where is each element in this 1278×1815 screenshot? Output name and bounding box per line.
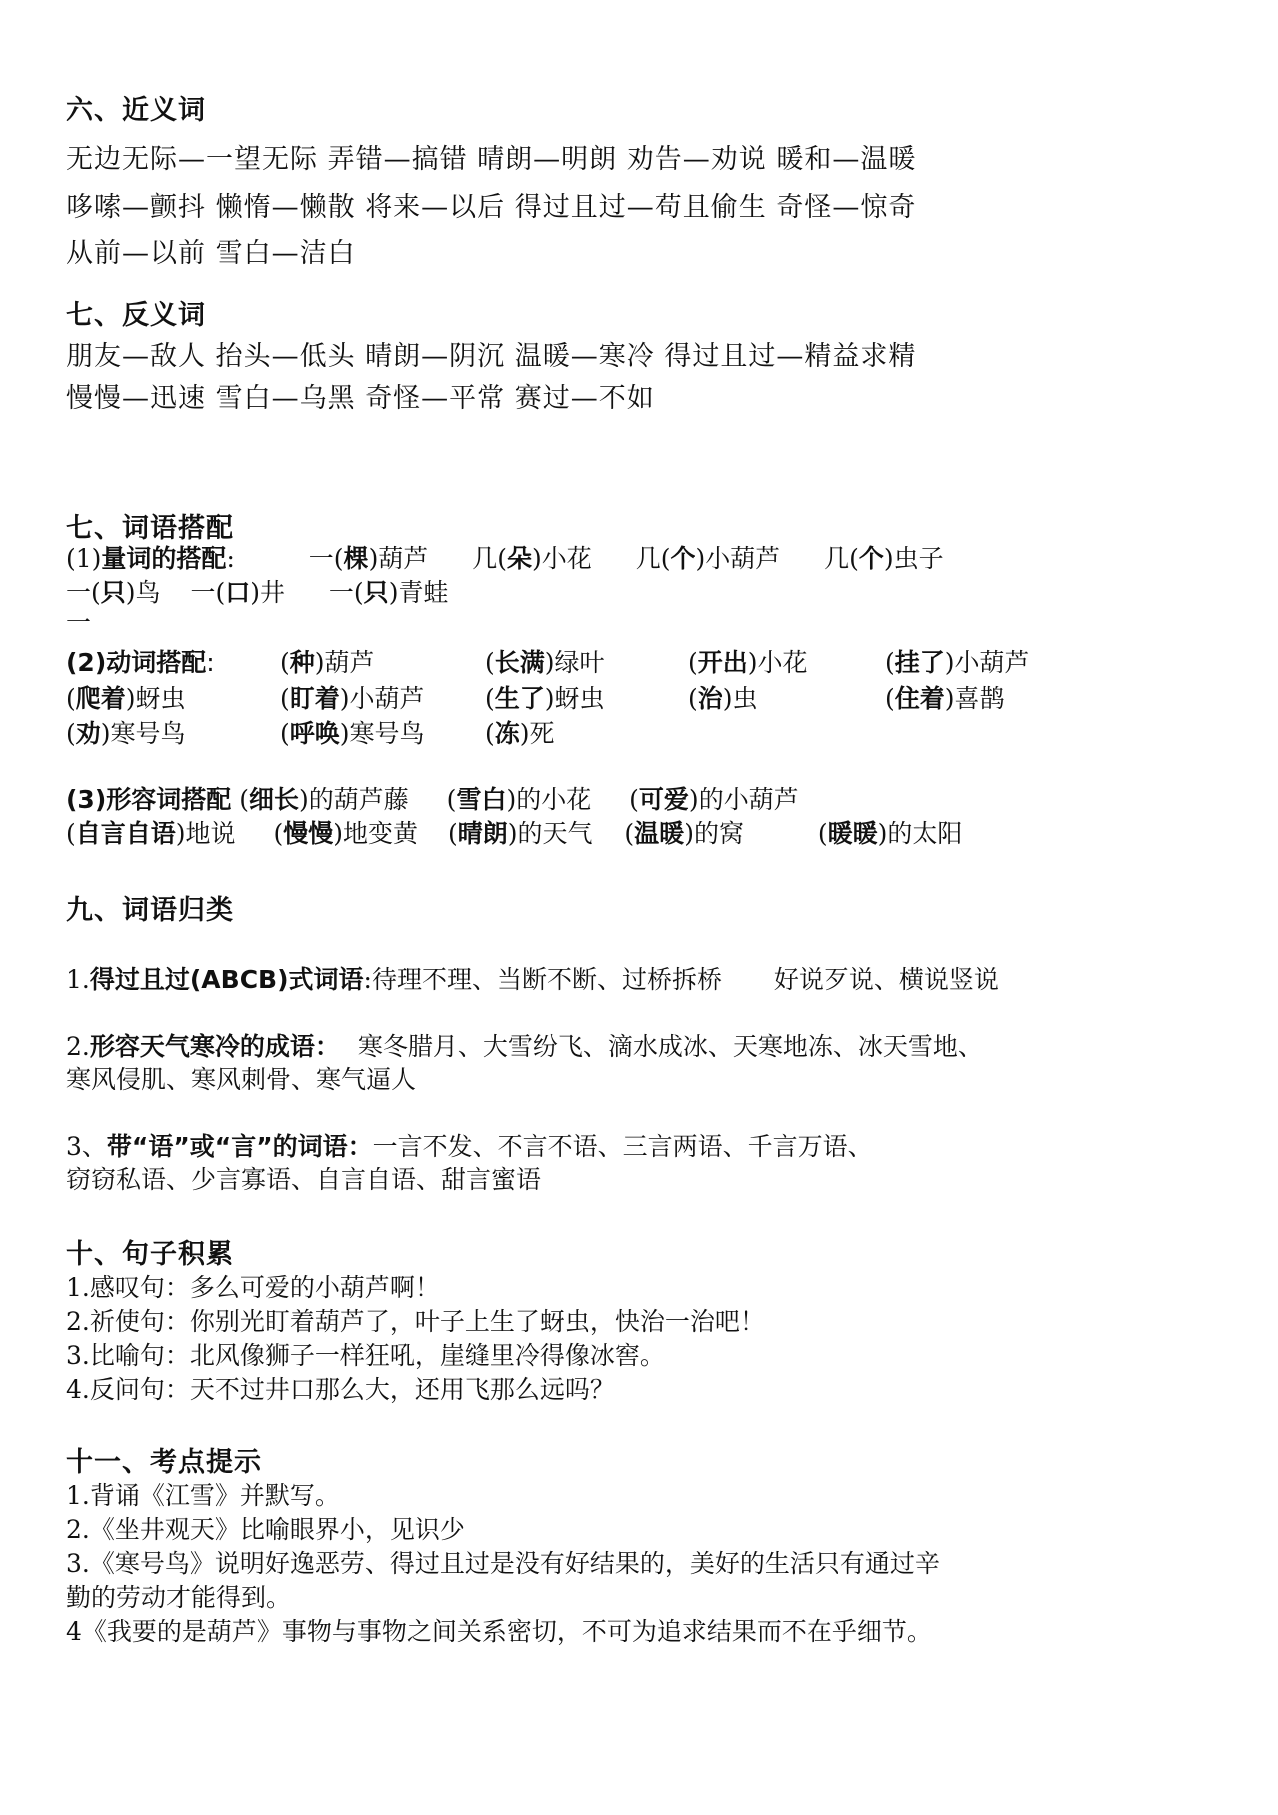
measure-item: 一(口)井 [190, 578, 285, 607]
verb-item: (冻)死 [485, 714, 555, 750]
synonym-pair: 从前—以前 [66, 238, 206, 269]
verb-item: (治)虫 [688, 679, 758, 715]
adjective-item: (自言自语)地说 [66, 819, 236, 848]
heading-tips: 十一、考点提示 [66, 1440, 262, 1479]
measure-colon: : [226, 544, 234, 573]
heading-sentences: 十、句子积累 [66, 1232, 234, 1271]
verb-item: (爬着)蚜虫 [66, 679, 186, 715]
measure-label: 量词的搭配 [101, 544, 226, 573]
synonym-pair: 晴朗—明朗 [477, 144, 617, 175]
document-page: 六、近义词 无边无际—一望无际 弄错—搞错 晴朗—明朗 劝告—劝说 暖和—温暖 … [0, 0, 1278, 1815]
sentence-line: 3.比喻句：北风像狮子一样狂吼，崖缝里冷得像冰窖。 [66, 1336, 665, 1372]
adjective-item: (雪白)的小花 [447, 785, 592, 814]
verb-item: (种)葫芦 [280, 643, 375, 679]
classification-item-3-cont: 窃窃私语、少言寡语、自言自语、甜言蜜语 [66, 1160, 541, 1196]
classification-item-3: 3、带“语”或“言”的词语：一言不发、不言不语、三言两语、千言万语、 [66, 1127, 873, 1163]
adjective-label: (3)形容词搭配 [66, 785, 231, 814]
antonym-pair: 得过且过—精益求精 [664, 341, 916, 372]
sentence-line: 4.反问句：天不过井口那么大，还用飞那么远吗？ [66, 1370, 615, 1406]
antonyms-line-1: 朋友—敌人 抬头—低头 晴朗—阴沉 温暖—寒冷 得过且过—精益求精 [66, 334, 916, 373]
classification-item-2-cont: 寒风侵肌、寒风刺骨、寒气逼人 [66, 1060, 416, 1096]
tip-line: 1.背诵《江雪》并默写。 [66, 1476, 340, 1512]
antonym-pair: 奇怪—平常 [365, 383, 505, 414]
heading-synonyms: 六、近义词 [66, 88, 206, 127]
synonym-pair: 雪白—洁白 [216, 238, 356, 269]
antonym-pair: 朋友—敌人 [66, 341, 206, 372]
adjective-item: (慢慢)地变黄 [273, 819, 418, 848]
antonym-pair: 赛过—不如 [515, 383, 655, 414]
sentence-line: 2.祈使句：你别光盯着葫芦了，叶子上生了蚜虫，快治一治吧！ [66, 1302, 765, 1338]
adjective-item: (细长)的葫芦藤 [239, 785, 409, 814]
adjective-row-2: (自言自语)地说 (慢慢)地变黄 (晴朗)的天气 (温暖)的窝 (暖暖)的太阳 [66, 814, 962, 850]
synonym-pair: 懒惰—懒散 [216, 192, 356, 223]
synonym-pair: 哆嗦—颤抖 [66, 192, 206, 223]
adjective-row-1: (3)形容词搭配 (细长)的葫芦藤 (雪白)的小花 (可爱)的小葫芦 [66, 780, 799, 816]
verb-label: (2)动词搭配: [66, 643, 215, 679]
antonym-pair: 雪白—乌黑 [216, 383, 356, 414]
antonym-pair: 抬头—低头 [216, 341, 356, 372]
tip-line: 4《我要的是葫芦》事物与事物之间关系密切，不可为追求结果而不在乎细节。 [66, 1612, 932, 1648]
measure-item: 一(只)青蛙 [329, 578, 449, 607]
synonym-pair: 将来—以后 [365, 192, 505, 223]
verb-item: (挂了)小葫芦 [885, 643, 1030, 679]
antonym-pair: 温暖—寒冷 [515, 341, 655, 372]
antonym-pair: 慢慢—迅速 [66, 383, 206, 414]
measure-row-1: (1)量词的搭配: 一(棵)葫芦 几(朵)小花 几(个)小葫芦 几(个)虫子 [66, 539, 944, 575]
verb-item: (呼唤)寒号鸟 [280, 714, 425, 750]
verb-item: (开出)小花 [688, 643, 808, 679]
classification-item-2: 2.形容天气寒冷的成语：寒冬腊月、大雪纷飞、滴水成冰、天寒地冻、冰天雪地、 [66, 1027, 983, 1063]
stray-dash: 一 [66, 603, 91, 639]
heading-classification: 九、词语归类 [66, 888, 234, 927]
verb-item: (劝)寒号鸟 [66, 714, 186, 750]
heading-antonyms: 七、反义词 [66, 293, 206, 332]
measure-item: 一(棵)葫芦 [309, 544, 429, 573]
adjective-item: (可爱)的小葫芦 [629, 785, 799, 814]
tip-line: 勤的劳动才能得到。 [66, 1578, 291, 1614]
synonyms-line-1: 无边无际—一望无际 弄错—搞错 晴朗—明朗 劝告—劝说 暖和—温暖 [66, 137, 916, 176]
synonym-pair: 暖和—温暖 [776, 144, 916, 175]
adjective-item: (暖暖)的太阳 [818, 819, 963, 848]
synonyms-line-2: 哆嗦—颤抖 懒惰—懒散 将来—以后 得过且过—苟且偷生 奇怪—惊奇 [66, 185, 916, 224]
measure-item: 几(个)虫子 [824, 544, 944, 573]
synonym-pair: 劝告—劝说 [627, 144, 767, 175]
measure-row-2: 一(只)鸟 一(口)井 一(只)青蛙 [66, 573, 448, 609]
tip-line: 3.《寒号鸟》说明好逸恶劳、得过且过是没有好结果的，美好的生活只有通过辛 [66, 1544, 940, 1580]
measure-item: 几(朵)小花 [472, 544, 592, 573]
verb-item: (生了)蚜虫 [485, 679, 605, 715]
antonym-pair: 晴朗—阴沉 [365, 341, 505, 372]
adjective-item: (晴朗)的天气 [448, 819, 593, 848]
measure-item: 几(个)小葫芦 [636, 544, 781, 573]
sentence-line: 1.感叹句：多么可爱的小葫芦啊！ [66, 1268, 440, 1304]
synonym-pair: 弄错—搞错 [328, 144, 468, 175]
verb-item: (住着)喜鹊 [885, 679, 1005, 715]
tip-line: 2.《坐井观天》比喻眼界小，见识少 [66, 1510, 465, 1546]
measure-number: (1) [66, 544, 101, 573]
verb-item: (盯着)小葫芦 [280, 679, 425, 715]
synonym-pair: 得过且过—苟且偷生 [515, 192, 767, 223]
classification-item-1: 1.得过且过(ABCB)式词语:待理不理、当断不断、过桥拆桥 好说歹说、横说竖说 [66, 960, 999, 996]
verb-item: (长满)绿叶 [485, 643, 605, 679]
antonyms-line-2: 慢慢—迅速 雪白—乌黑 奇怪—平常 赛过—不如 [66, 376, 655, 415]
synonym-pair: 无边无际—一望无际 [66, 144, 318, 175]
synonyms-line-3: 从前—以前 雪白—洁白 [66, 231, 356, 270]
synonym-pair: 奇怪—惊奇 [776, 192, 916, 223]
adjective-item: (温暖)的窝 [624, 819, 744, 848]
